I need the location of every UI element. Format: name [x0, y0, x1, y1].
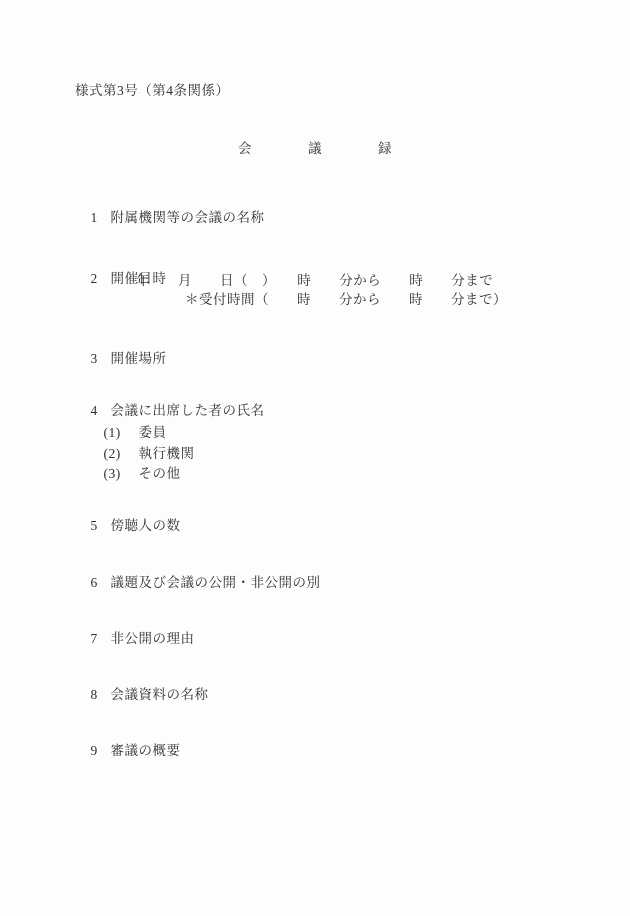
item-label: 開催場所	[111, 351, 167, 366]
item-label: 議題及び会議の公開・非公開の別	[111, 575, 321, 590]
item-number: 9	[91, 742, 111, 760]
item-number: 5	[91, 517, 111, 535]
form-item-venue: 3開催場所	[75, 332, 167, 387]
item-number: 8	[91, 686, 111, 704]
item-label: 会議資料の名称	[111, 687, 209, 702]
item-number: 6	[91, 574, 111, 592]
item-number: 2	[91, 270, 111, 288]
form-item-meeting-name: 1附属機関等の会議の名称	[75, 191, 265, 246]
form-item-agenda-openness: 6議題及び会議の公開・非公開の別	[75, 556, 321, 611]
subitem-number: (3)	[104, 465, 139, 483]
item-label: 審議の概要	[111, 743, 181, 758]
reception-time-blank-line: ＊受付時間（ 時 分から 時 分まで）	[185, 291, 507, 309]
item-label: 傍聴人の数	[111, 518, 181, 533]
item-number: 1	[91, 209, 111, 227]
item-number: 7	[91, 630, 111, 648]
item-label: 非公開の理由	[111, 631, 195, 646]
form-item-deliberation-summary: 9審議の概要	[75, 724, 181, 779]
form-item-materials-name: 8会議資料の名称	[75, 668, 209, 723]
item-label: 附属機関等の会議の名称	[111, 210, 265, 225]
subitem-label: その他	[139, 466, 181, 481]
meeting-record-form-page: 様式第3号（第4条関係） 会 議 録 1附属機関等の会議の名称 2開催日時 年 …	[0, 0, 630, 916]
form-subitem-others: (3)その他	[88, 447, 181, 502]
form-number: 様式第3号（第4条関係）	[75, 82, 230, 100]
item-number: 3	[91, 350, 111, 368]
form-item-nondisclosure-reason: 7非公開の理由	[75, 612, 195, 667]
form-item-observers-count: 5傍聴人の数	[75, 499, 181, 554]
date-time-blank-line: 年 月 日（ ） 時 分から 時 分まで	[136, 272, 493, 290]
page-title: 会 議 録	[0, 140, 630, 158]
